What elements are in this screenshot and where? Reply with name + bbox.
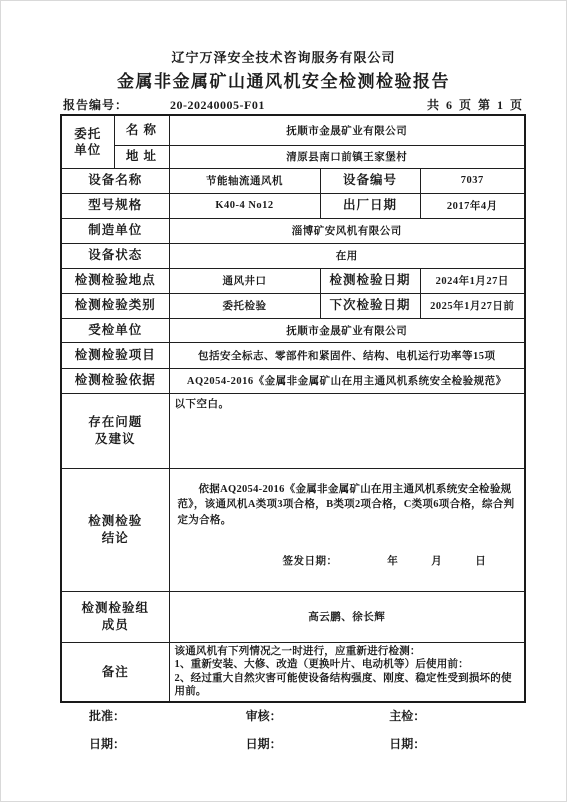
remark-line-3: 2、经过重大自然灾害可能使设备结构强度、刚度、稳定性受到损坏的使用前。	[175, 672, 520, 699]
client-address-value: 清原县南口前镇王家堡村	[169, 145, 525, 168]
sign-date-line: 签发日期： 年 月 日	[178, 553, 517, 568]
inspection-type-label: 检测检验类别	[61, 293, 169, 318]
row-conclusion: 检测检验 结论 依据AQ2054-2016《金属非金属矿山在用主通风机系统安全检…	[61, 468, 525, 591]
inspected-unit-value: 抚顺市金晟矿业有限公司	[169, 318, 525, 342]
inspection-basis-value: AQ2054-2016《金属非金属矿山在用主通风机系统安全检验规范》	[169, 368, 525, 393]
client-name-value: 抚顺市金晟矿业有限公司	[169, 115, 525, 145]
report-number-value: 20-20240005-F01	[170, 98, 265, 113]
remark-cell: 该通风机有下列情况之一时进行，应重新进行检测： 1、重新安装、大修、改造（更换叶…	[169, 642, 525, 702]
row-client-name: 委托 单位 名 称 抚顺市金晟矿业有限公司	[61, 115, 525, 145]
inspection-place-value: 通风井口	[169, 268, 320, 293]
row-device-name: 设备名称 节能轴流通风机 设备编号 7037	[61, 168, 525, 193]
inspection-items-value: 包括安全标志、零部件和紧固件、结构、电机运行功率等15项	[169, 342, 525, 368]
remark-line-1: 该通风机有下列情况之一时进行，应重新进行检测：	[175, 645, 520, 659]
problems-label: 存在问题 及建议	[61, 393, 169, 468]
footer-date-row: 日期： 日期： 日期：	[60, 735, 524, 752]
row-inspection-type: 检测检验类别 委托检验 下次检验日期 2025年1月27日前	[61, 293, 525, 318]
approve-date-label: 日期：	[60, 735, 215, 752]
row-inspection-items: 检测检验项目 包括安全标志、零部件和紧固件、结构、电机运行功率等15项	[61, 342, 525, 368]
model-value: K40-4 No12	[169, 193, 320, 218]
maker-value: 淄博矿安风机有限公司	[169, 218, 525, 243]
factory-date-value: 2017年4月	[420, 193, 525, 218]
team-value: 高云鹏、徐长辉	[169, 591, 525, 642]
status-value: 在用	[169, 243, 525, 268]
approve-label: 批准：	[60, 707, 215, 724]
row-remark: 备注 该通风机有下列情况之一时进行，应重新进行检测： 1、重新安装、大修、改造（…	[61, 642, 525, 702]
device-name-value: 节能轴流通风机	[169, 168, 320, 193]
review-date-label: 日期：	[215, 735, 370, 752]
inspection-items-label: 检测检验项目	[61, 342, 169, 368]
inspection-date-value: 2024年1月27日	[420, 268, 525, 293]
inspection-date-label: 检测检验日期	[320, 268, 420, 293]
client-address-label: 地 址	[114, 145, 169, 168]
conclusion-cell: 依据AQ2054-2016《金属非金属矿山在用主通风机系统安全检验规范》，该通风…	[169, 468, 525, 591]
device-name-label: 设备名称	[61, 168, 169, 193]
inspection-basis-label: 检测检验依据	[61, 368, 169, 393]
report-number-label: 报告编号：	[63, 96, 128, 113]
inspection-type-value: 委托检验	[169, 293, 320, 318]
review-label: 审核：	[215, 707, 370, 724]
client-name-label: 名 称	[114, 115, 169, 145]
model-label: 型号规格	[61, 193, 169, 218]
conclusion-text: 依据AQ2054-2016《金属非金属矿山在用主通风机系统安全检验规范》，该通风…	[178, 482, 517, 529]
factory-date-label: 出厂日期	[320, 193, 420, 218]
conclusion-label: 检测检验 结论	[61, 468, 169, 591]
row-inspected-unit: 受检单位 抚顺市金晟矿业有限公司	[61, 318, 525, 342]
inspected-unit-label: 受检单位	[61, 318, 169, 342]
row-problems: 存在问题 及建议 以下空白。	[61, 393, 525, 468]
row-inspection-basis: 检测检验依据 AQ2054-2016《金属非金属矿山在用主通风机系统安全检验规范…	[61, 368, 525, 393]
report-table: 委托 单位 名 称 抚顺市金晟矿业有限公司 地 址 清原县南口前镇王家堡村 设备…	[60, 114, 526, 703]
device-no-label: 设备编号	[320, 168, 420, 193]
company-name: 辽宁万泽安全技术咨询服务有限公司	[1, 47, 566, 66]
row-team: 检测检验组 成员 高云鹏、徐长辉	[61, 591, 525, 642]
next-date-value: 2025年1月27日前	[420, 293, 525, 318]
next-date-label: 下次检验日期	[320, 293, 420, 318]
remark-line-2: 1、重新安装、大修、改造（更换叶片、电动机等）后使用前：	[175, 658, 520, 672]
row-maker: 制造单位 淄博矿安风机有限公司	[61, 218, 525, 243]
problems-value: 以下空白。	[169, 393, 525, 468]
maker-label: 制造单位	[61, 218, 169, 243]
page-count: 共 6 页 第 1 页	[427, 96, 524, 113]
footer-sign-row: 批准： 审核： 主检：	[60, 707, 524, 724]
chief-date-label: 日期：	[369, 735, 524, 752]
row-model: 型号规格 K40-4 No12 出厂日期 2017年4月	[61, 193, 525, 218]
client-group-label: 委托 单位	[61, 115, 114, 168]
inspection-place-label: 检测检验地点	[61, 268, 169, 293]
report-number-row: 报告编号： 20-20240005-F01 共 6 页 第 1 页	[60, 96, 524, 113]
remark-label: 备注	[61, 642, 169, 702]
row-status: 设备状态 在用	[61, 243, 525, 268]
chief-inspector-label: 主检：	[369, 707, 524, 724]
report-page: 辽宁万泽安全技术咨询服务有限公司 金属非金属矿山通风机安全检测检验报告 报告编号…	[0, 0, 567, 802]
report-title: 金属非金属矿山通风机安全检测检验报告	[1, 67, 566, 92]
team-label: 检测检验组 成员	[61, 591, 169, 642]
row-client-address: 地 址 清原县南口前镇王家堡村	[61, 145, 525, 168]
status-label: 设备状态	[61, 243, 169, 268]
row-inspection-place: 检测检验地点 通风井口 检测检验日期 2024年1月27日	[61, 268, 525, 293]
device-no-value: 7037	[420, 168, 525, 193]
